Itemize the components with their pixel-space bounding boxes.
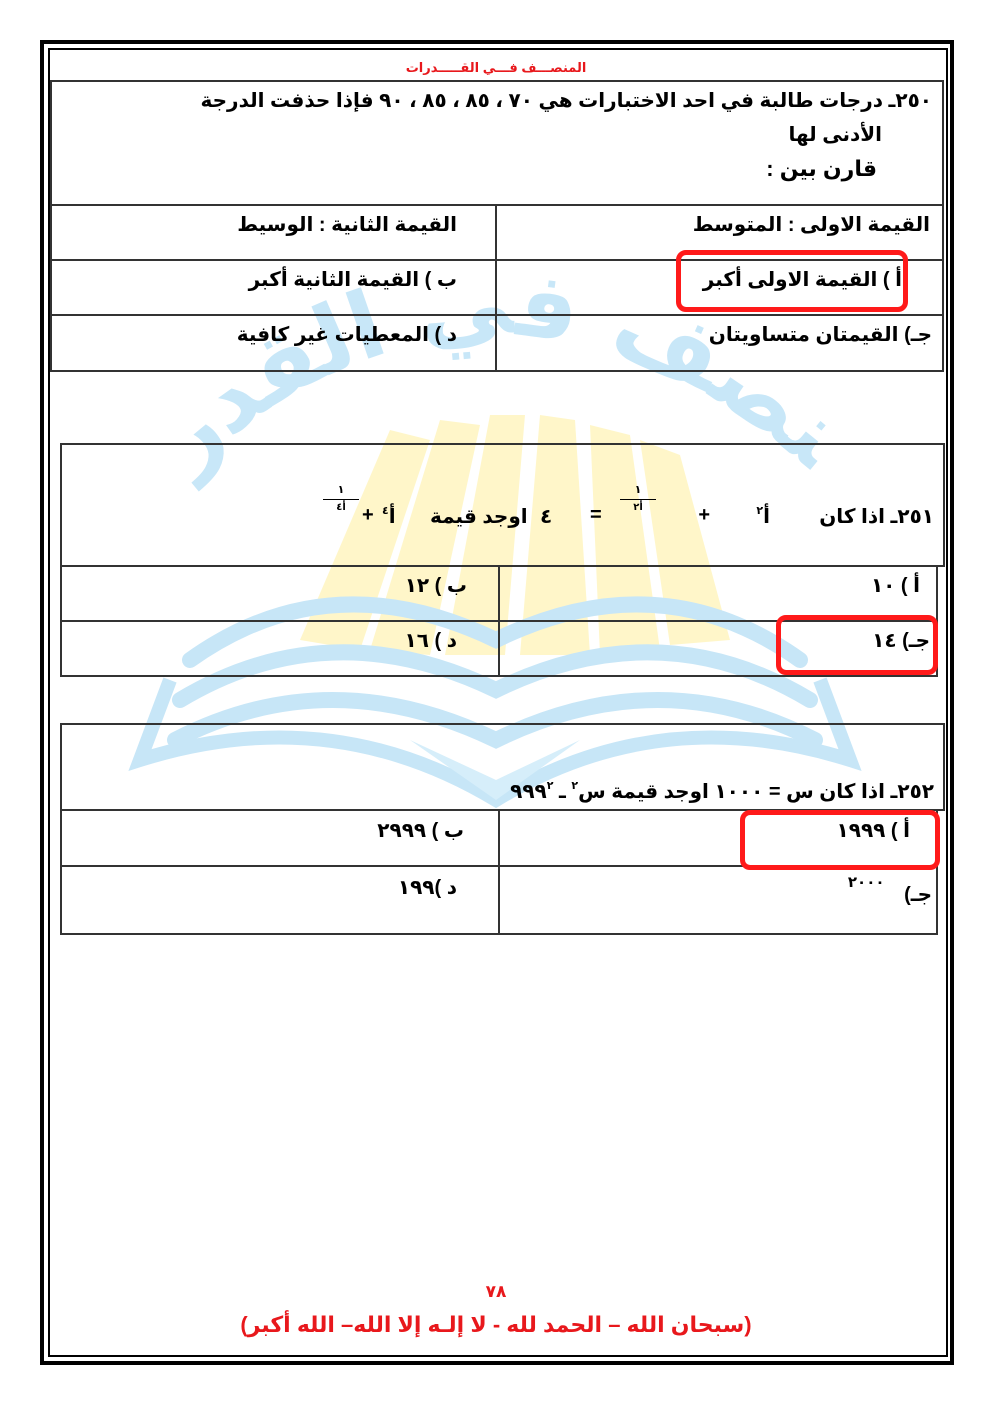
plus-sign: + <box>698 504 710 527</box>
exponent: ٢ <box>571 780 578 792</box>
option-d[interactable]: د )١٩٩ <box>398 875 457 900</box>
question-250-text-line2: الأدنى لها <box>788 122 882 147</box>
option-b[interactable]: ب ) ١٢ <box>405 573 467 598</box>
divider <box>50 314 944 316</box>
term2-base: أ <box>389 506 396 528</box>
option-b[interactable]: ب ) القيمة الثانية أكبر <box>249 267 457 292</box>
divider <box>495 204 497 370</box>
fraction-2-numerator: ١ <box>323 483 359 497</box>
header-title: المنصـــف فـــي القـــــدرات <box>0 60 992 76</box>
option-c[interactable]: جـ) ٢٠٠٠ <box>848 882 932 907</box>
fraction-1-numerator: ١ <box>620 483 656 497</box>
fraction-2-denominator: أ٤ <box>323 502 359 513</box>
equals-sign: = <box>590 504 602 527</box>
compare-value-first: القيمة الاولى : المتوسط <box>693 212 930 237</box>
option-c-label: جـ) <box>904 884 932 906</box>
term1-base: أ <box>763 506 770 528</box>
term1: أ٢ <box>756 504 770 529</box>
find-text: اوجد قيمة <box>430 504 528 529</box>
divider <box>498 565 500 676</box>
divider <box>498 809 500 934</box>
compare-value-second: القيمة الثانية : الوسيط <box>237 212 457 237</box>
question-252-mid: ـ ٩٩٩ <box>510 781 571 803</box>
rhs-value: ٤ <box>540 504 552 529</box>
option-d[interactable]: د ) ١٦ <box>405 628 457 653</box>
plus-sign-2: + <box>362 504 374 527</box>
option-b[interactable]: ب ) ٢٩٩٩ <box>377 818 464 843</box>
question-251-prefix: ٢٥١ـ اذا كان <box>819 504 934 529</box>
fraction-bar <box>323 499 359 500</box>
option-a[interactable]: أ ) ١٠ <box>871 573 920 598</box>
option-c[interactable]: جـ) القيمتان متساويتان <box>709 322 932 347</box>
footer-text: (سبحان الله – الحمد لله - لا إلـه إلا ال… <box>0 1312 992 1338</box>
page-number: ٧٨ <box>0 1282 992 1302</box>
term1-exponent: ٢ <box>756 505 763 517</box>
option-d[interactable]: د ) المعطيات غير كافية <box>237 322 457 347</box>
divider <box>50 204 944 206</box>
exponent: ٢ <box>547 780 554 792</box>
question-252-main: ٢٥٢ـ اذا كان س = ١٠٠٠ اوجد قيمة س <box>578 781 934 803</box>
fraction-1-denominator: أ٢ <box>620 502 656 513</box>
term2-exponent: ٤ <box>382 505 389 517</box>
answer-mark-q250 <box>676 250 908 312</box>
option-c-value: ٢٠٠٠ <box>848 874 885 891</box>
answer-mark-q251 <box>776 615 938 675</box>
fraction-2: ١ أ٤ <box>323 483 359 513</box>
question-252-text: ٢٥٢ـ اذا كان س = ١٠٠٠ اوجد قيمة س٢ ـ ٩٩٩… <box>510 779 934 804</box>
answer-mark-q252 <box>740 810 940 870</box>
fraction-bar <box>620 499 656 500</box>
fraction-1: ١ أ٢ <box>620 483 656 513</box>
question-250-text-line3: قارن بين : <box>766 156 877 182</box>
term2: أ٤ <box>382 504 396 529</box>
question-250-text-line1: ٢٥٠ـ درجات طالبة في احد الاختبارات هي ٧٠… <box>201 88 932 113</box>
